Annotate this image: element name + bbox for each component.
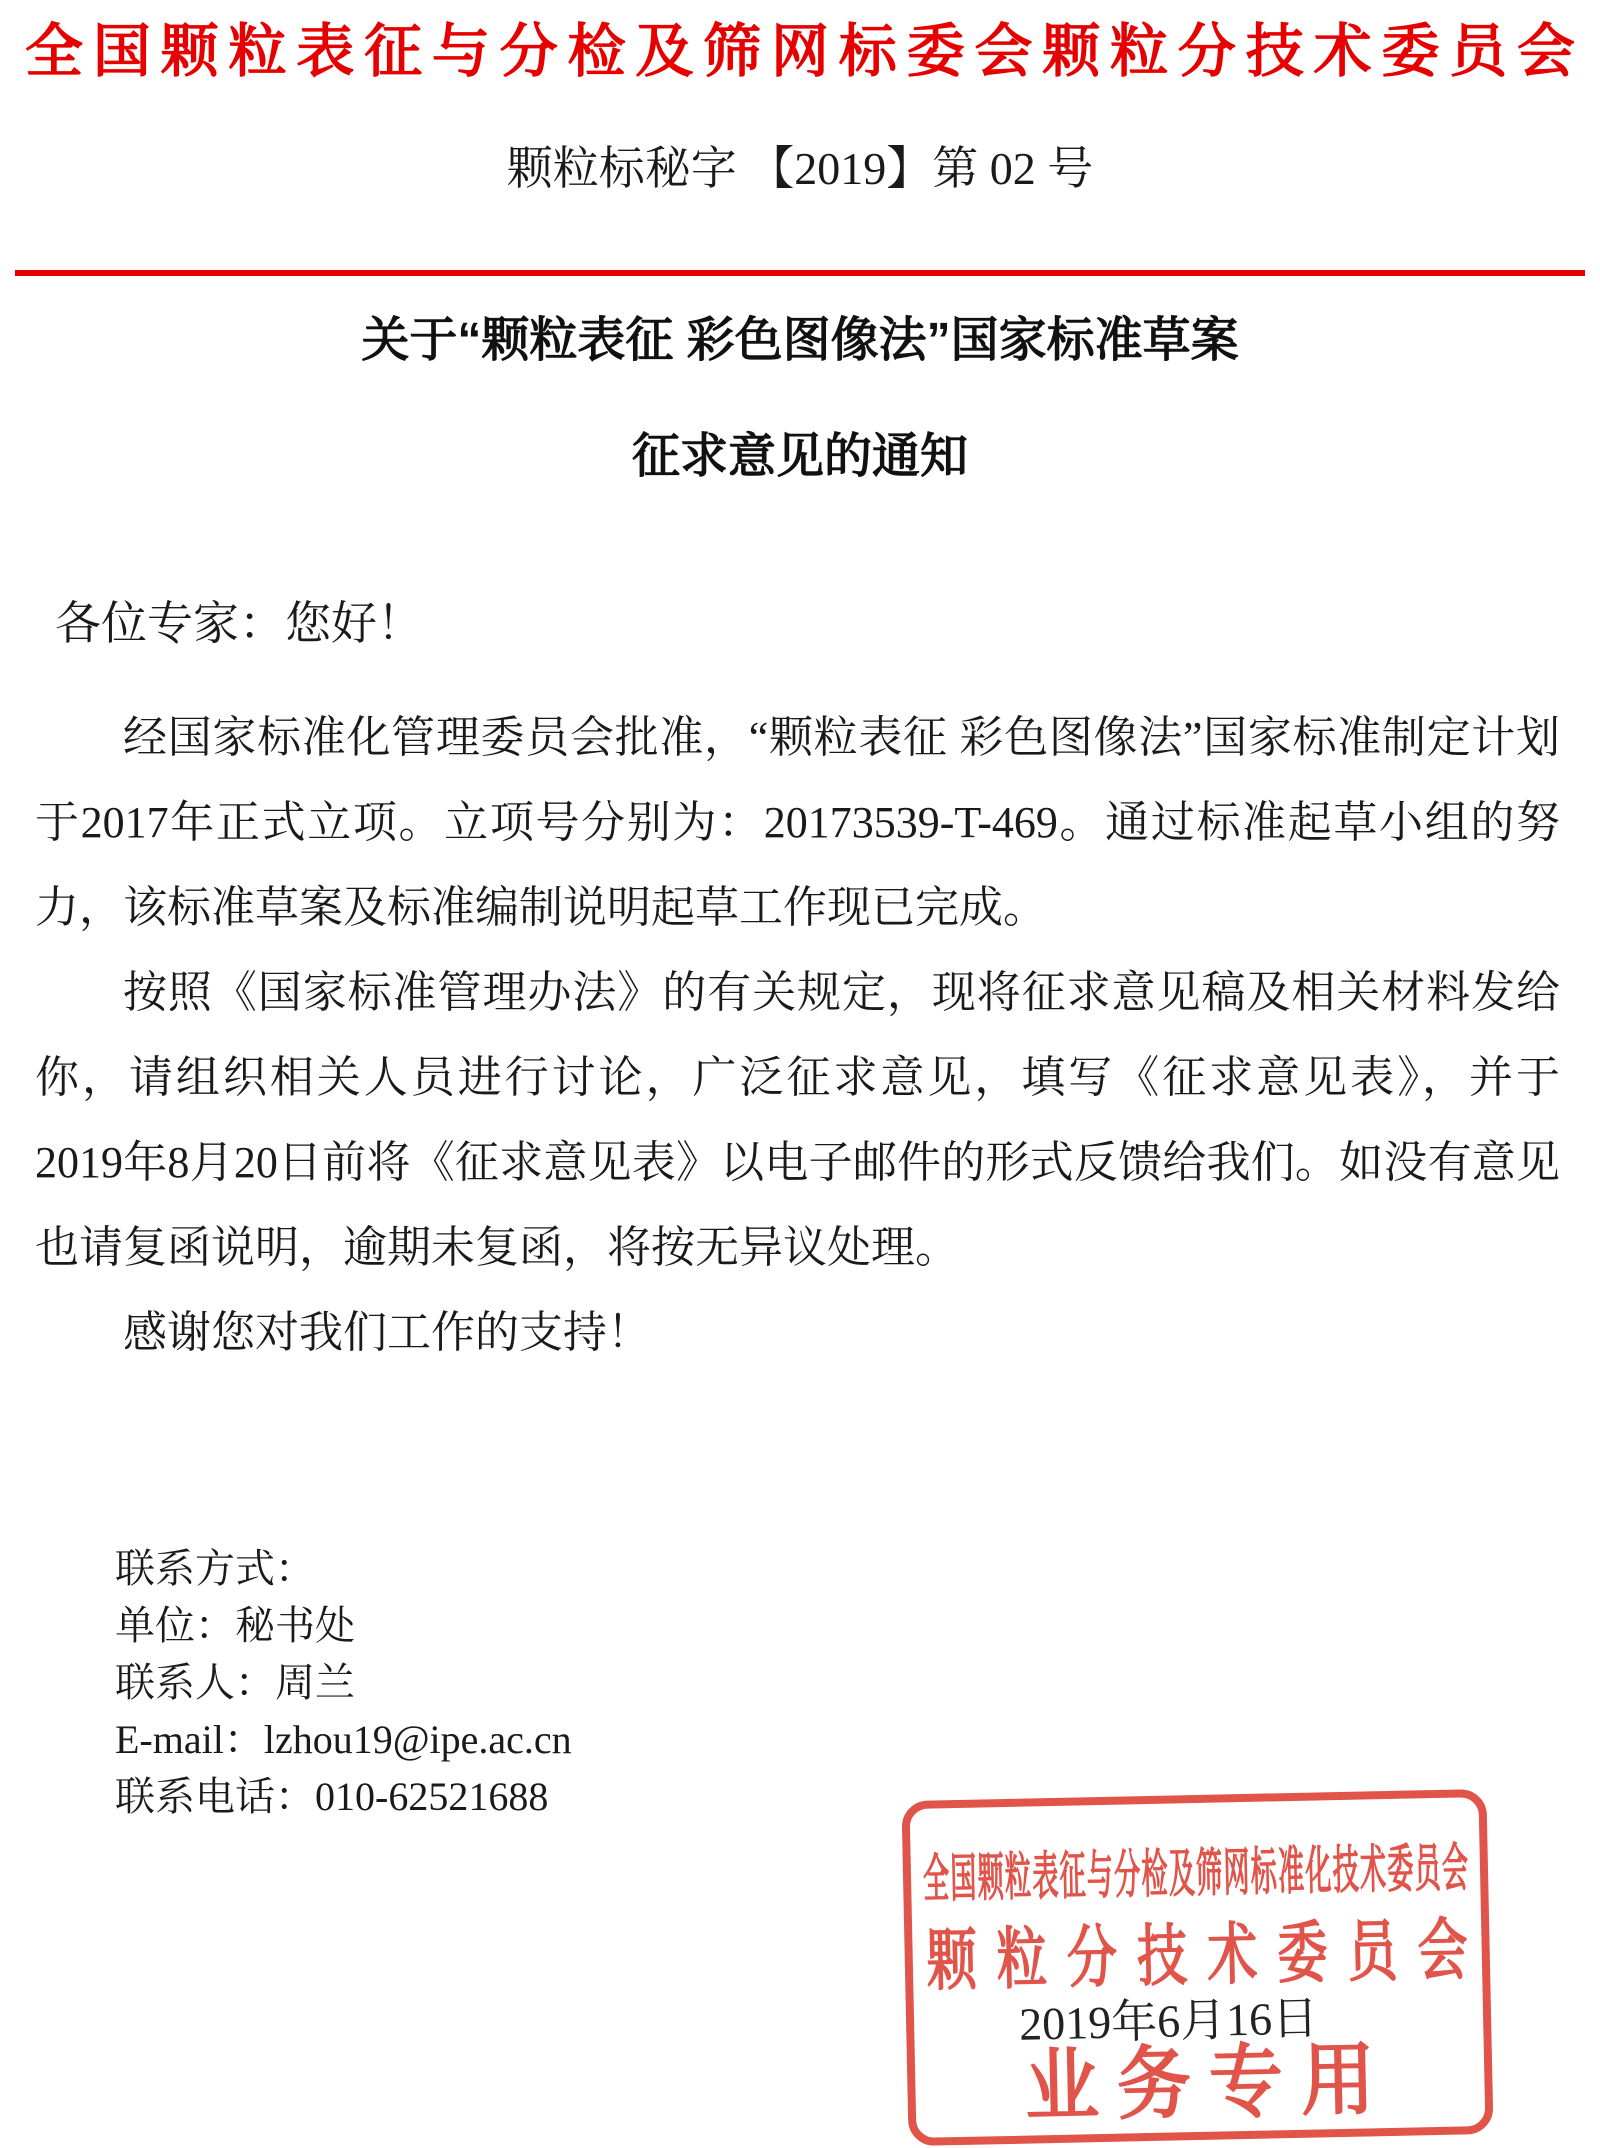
paragraph1-line2: 于2017年正式立项。立项号分别为：20173539-T-469。通过标准起草小… xyxy=(35,780,1560,865)
contact-person: 联系人：周兰 xyxy=(115,1654,1600,1711)
paragraph1-line3: 力，该标准草案及标准编制说明起草工作现已完成。 xyxy=(35,865,1560,950)
paragraph2-line3: 2019年8月20日前将《征求意见表》以电子邮件的形式反馈给我们。如没有意见 xyxy=(35,1120,1560,1205)
notice-title-line1: 关于“颗粒表征 彩色图像法”国家标准草案 xyxy=(0,314,1600,368)
contact-unit: 单位：秘书处 xyxy=(115,1597,1600,1654)
official-seal-stamp: 全国颗粒表征与分检及筛网标准化技术委员会 颗粒分技术委员会 2019年6月16日… xyxy=(901,1789,1493,2146)
salutation: 各位专家：您好！ xyxy=(0,596,1600,652)
paragraph3-line1: 感谢您对我们工作的支持！ xyxy=(35,1290,1560,1375)
contact-email: E-mail：lzhou19@ipe.ac.cn xyxy=(115,1711,1600,1768)
stamp-committee-name: 全国颗粒表征与分检及筛网标准化技术委员会 xyxy=(922,1833,1468,1912)
letter-body: 经国家标准化管理委员会批准，“颗粒表征 彩色图像法”国家标准制定计划 于2017… xyxy=(0,695,1600,1375)
paragraph2-line1: 按照《国家标准管理办法》的有关规定，现将征求意见稿及相关材料发给 xyxy=(35,950,1560,1035)
paragraph2-line4: 也请复函说明，逾期未复函，将按无异议处理。 xyxy=(35,1205,1560,1290)
document-page: 全国颗粒表征与分检及筛网标委会颗粒分技术委员会 颗粒标秘字 【2019】第 02… xyxy=(0,0,1600,2148)
stamp-business-use-label: 业务专用 xyxy=(915,2031,1486,2136)
paragraph1-line1: 经国家标准化管理委员会批准，“颗粒表征 彩色图像法”国家标准制定计划 xyxy=(35,695,1560,780)
red-divider-rule xyxy=(15,270,1585,276)
paragraph2-line2: 你，请组织相关人员进行讨论，广泛征求意见，填写《征求意见表》，并于 xyxy=(35,1035,1560,1120)
contact-block: 联系方式： 单位：秘书处 联系人：周兰 E-mail：lzhou19@ipe.a… xyxy=(0,1540,1600,1825)
contact-heading: 联系方式： xyxy=(115,1540,1600,1597)
committee-header-title: 全国颗粒表征与分检及筛网标委会颗粒分技术委员会 xyxy=(0,0,1600,90)
notice-title-line2: 征求意见的通知 xyxy=(0,430,1600,484)
document-reference-number: 颗粒标秘字 【2019】第 02 号 xyxy=(0,140,1600,198)
stamp-subcommittee-name: 颗粒分技术委员会 xyxy=(926,1909,1469,2001)
